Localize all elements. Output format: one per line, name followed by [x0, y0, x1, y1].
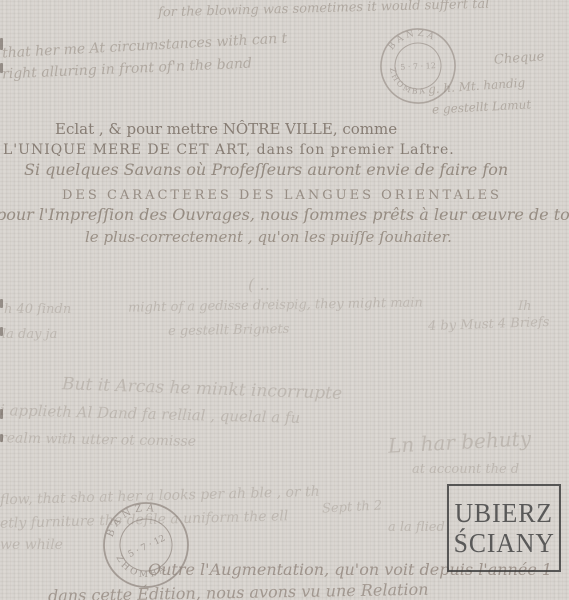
cut-ink-mark: [0, 409, 3, 419]
script-line: i applieth Al Dand fa rellial , quelal a…: [0, 403, 300, 426]
script-fragment: we while: [0, 538, 63, 552]
stamp-date-text: 5 · 7 · 12: [127, 534, 167, 561]
printed-line-italic: le plus-correctement , qu'on les puiſſe …: [85, 230, 452, 245]
watermark-text-line1: UBIERZ: [455, 499, 553, 527]
script-flourish: ( ‥: [248, 277, 270, 293]
watermark-box: UBIERZ ŚCIANY: [447, 484, 561, 572]
stamp-date-text: 5 · 7 · 12: [400, 61, 436, 72]
cut-ink-mark: [0, 434, 3, 442]
printed-line: L'UNIQUE MERE DE CET ART, dans ſon premi…: [3, 143, 455, 157]
postmark-stamp-icon: BANZA ZHOMBA 5 · 7 · 12: [368, 16, 468, 116]
cut-ink-mark: [0, 38, 3, 50]
script-line: right alluring in front of'n the band: [2, 57, 252, 82]
script-line: But it Arcas he minkt incorrupte: [62, 376, 343, 403]
script-line: for the blowing was sometimes it would s…: [158, 0, 490, 19]
script-fragment: e gestellt Brignets: [168, 323, 290, 338]
script-fragment: at account the d: [412, 463, 519, 476]
cut-ink-mark: [0, 299, 3, 308]
printed-line-italic: pour l'Impreſſion des Ouvrages, nous ſom…: [0, 207, 569, 223]
script-fragment: Sept th 2: [322, 499, 383, 515]
stamp-rim-top-text: BANZA: [386, 22, 439, 60]
svg-text:BANZA: BANZA: [386, 22, 439, 60]
watermark-text-line2: ŚCIANY: [453, 529, 554, 557]
printed-line-smallcaps: DES CARACTERES DES LANGUES ORIENTALES: [62, 189, 502, 202]
script-fragment: Cheque: [494, 50, 545, 66]
script-fragment: h 40 ſindn: [4, 303, 71, 316]
script-fragment: 4 by Must 4 Briefs: [428, 316, 550, 333]
postmark-stamp-icon: BANZA ZHOMBA 5 · 7 · 12: [93, 492, 199, 598]
script-fragment: Ih: [518, 300, 532, 313]
cut-ink-mark: [0, 63, 3, 73]
script-fragment: a la flied: [388, 521, 445, 534]
script-line: realm with utter ot comisse: [0, 431, 196, 448]
printed-line: Eclat , & pour mettre NÔTRE VILLE, comme: [55, 122, 397, 137]
cut-ink-mark: [0, 327, 3, 336]
script-flourish: Ln har behuty: [388, 428, 532, 455]
wallpaper-texture-image: for the blowing was sometimes it would s…: [0, 0, 569, 600]
script-fragment: might of a gedisse dreispig, they might …: [128, 296, 423, 314]
printed-line-italic: Si quelques Savans où Profeſſeurs auront…: [24, 162, 508, 178]
script-fragment: la day ja: [2, 328, 57, 341]
